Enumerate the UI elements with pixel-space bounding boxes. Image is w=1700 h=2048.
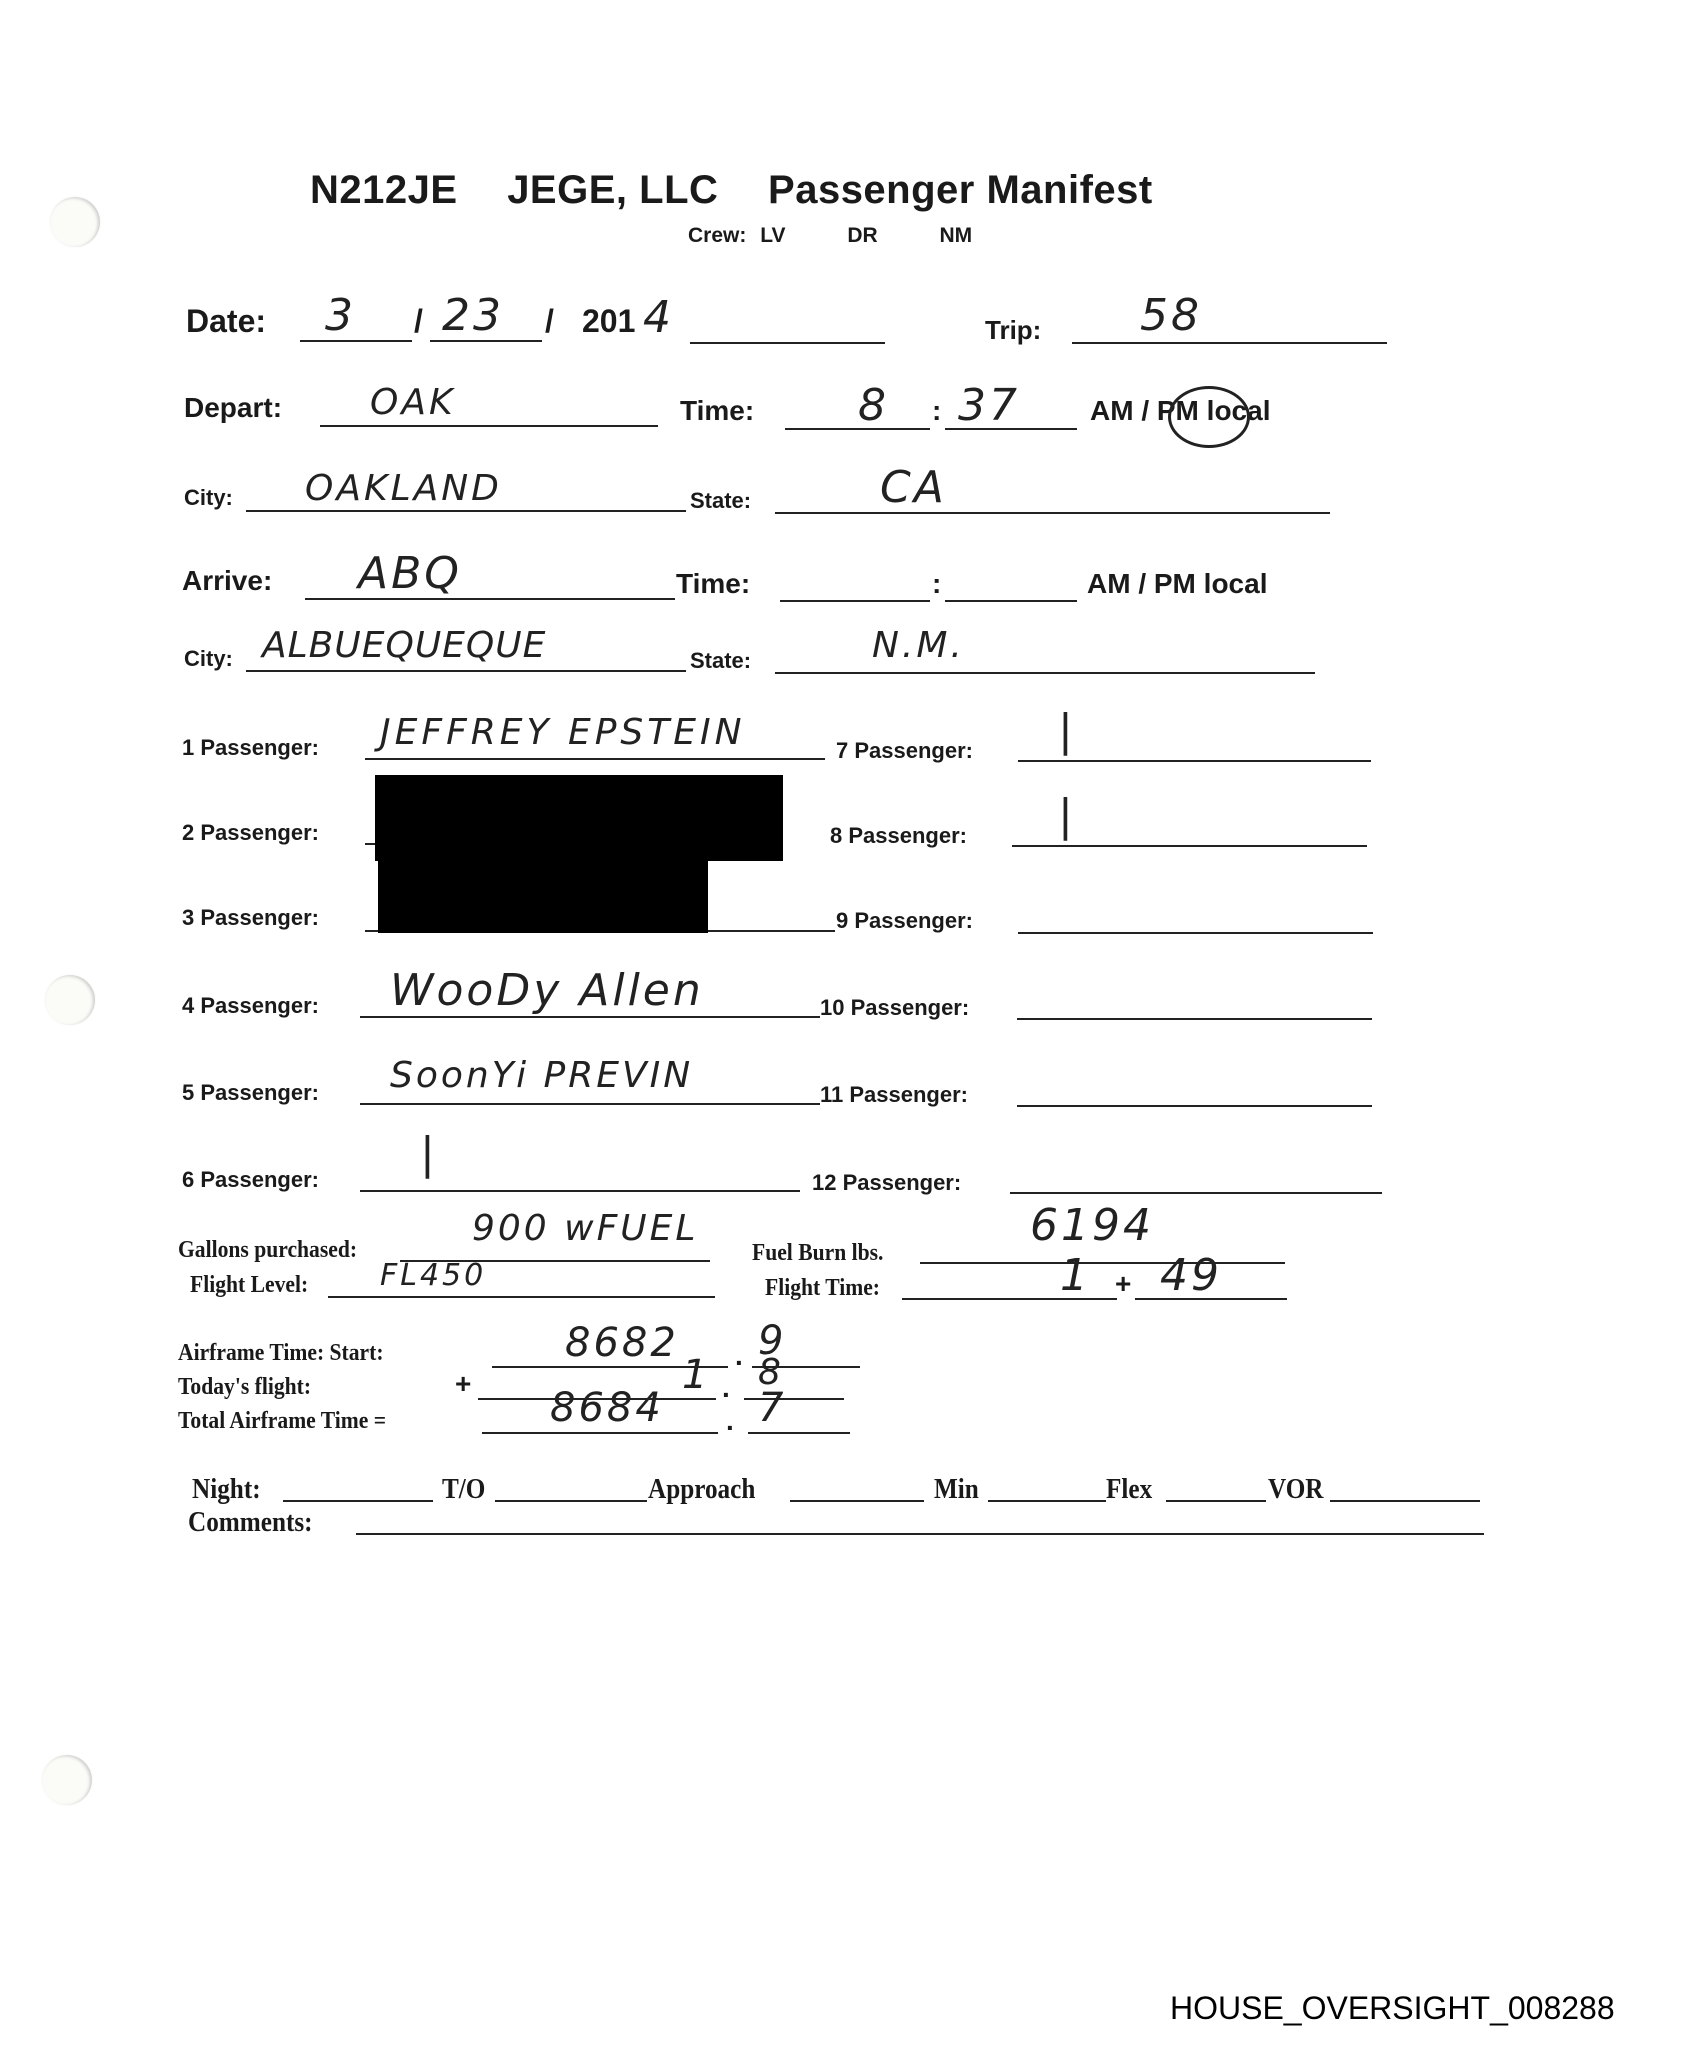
passenger-9-line bbox=[1018, 932, 1373, 934]
hole-punch-bottom bbox=[42, 1755, 92, 1805]
depart-hour[interactable]: 8 bbox=[858, 380, 889, 431]
arrive-city[interactable]: ALBUEQUEQUE bbox=[262, 625, 546, 666]
passenger-2-label: 2 Passenger: bbox=[182, 820, 319, 846]
total-airframe-tenth[interactable]: 7 bbox=[758, 1385, 786, 1431]
trip-label: Trip: bbox=[985, 315, 1041, 346]
company-name: JEGE, LLC bbox=[507, 168, 718, 212]
depart-state[interactable]: CA bbox=[880, 462, 947, 513]
depart-state-label: State: bbox=[690, 488, 751, 514]
depart-line bbox=[320, 425, 658, 427]
redaction-box bbox=[378, 860, 708, 933]
gallons-value[interactable]: 900 wFUEL bbox=[472, 1208, 698, 1249]
passenger-11-label: 11 Passenger: bbox=[820, 1082, 968, 1108]
today-flight-whole[interactable]: 1 bbox=[682, 1352, 710, 1398]
passenger-7-value[interactable]: | bbox=[1058, 705, 1076, 756]
arrive-ampm: AM / PM local bbox=[1087, 568, 1267, 600]
depart-label: Depart: bbox=[184, 392, 282, 424]
airframe-start-label: Airframe Time: Start: bbox=[178, 1340, 384, 1367]
passenger-7-line bbox=[1018, 760, 1371, 762]
flight-time-label: Flight Time: bbox=[765, 1275, 880, 1302]
bates-number: HOUSE_OVERSIGHT_008288 bbox=[1170, 1990, 1615, 2027]
min-label: Min bbox=[934, 1474, 979, 1506]
depart-city[interactable]: OAKLAND bbox=[305, 468, 502, 509]
crew-member: DR bbox=[847, 224, 877, 247]
arrive-city-line bbox=[246, 670, 686, 672]
date-month[interactable]: 3 bbox=[325, 290, 356, 341]
passenger-4-line bbox=[360, 1016, 820, 1018]
passenger-8-line bbox=[1012, 845, 1367, 847]
decimal-point: . bbox=[726, 1405, 734, 1437]
min-line bbox=[988, 1500, 1106, 1502]
flex-line bbox=[1166, 1500, 1266, 1502]
arrive-label: Arrive: bbox=[182, 565, 272, 597]
passenger-10-line bbox=[1017, 1018, 1372, 1020]
date-day[interactable]: 23 bbox=[442, 290, 504, 341]
passenger-9-label: 9 Passenger: bbox=[836, 908, 973, 934]
vor-line bbox=[1330, 1500, 1480, 1502]
today-flight-label: Today's flight: bbox=[178, 1374, 311, 1401]
arrive-time-colon: : bbox=[932, 568, 941, 600]
pm-circled-mark bbox=[1168, 386, 1250, 448]
crew-member: NM bbox=[940, 224, 973, 247]
fuel-burn-line bbox=[920, 1262, 1285, 1264]
passenger-12-label: 12 Passenger: bbox=[812, 1170, 961, 1196]
flex-label: Flex bbox=[1106, 1474, 1152, 1506]
comments-line bbox=[356, 1533, 1484, 1535]
document-title: N212JE JEGE, LLC Passenger Manifest bbox=[310, 168, 1153, 213]
passenger-1-value[interactable]: JEFFREY EPSTEIN bbox=[380, 712, 746, 753]
arrive-state-label: State: bbox=[690, 648, 751, 674]
passenger-4-value[interactable]: WooDy Allen bbox=[390, 965, 704, 1016]
fuel-burn-value[interactable]: 6194 bbox=[1030, 1200, 1154, 1251]
passenger-3-label: 3 Passenger: bbox=[182, 905, 319, 931]
arrive-minute-line bbox=[945, 600, 1077, 602]
arrive-value[interactable]: ABQ bbox=[358, 548, 462, 599]
crew-member: LV bbox=[760, 224, 785, 247]
depart-value[interactable]: OAK bbox=[370, 382, 456, 423]
night-line bbox=[283, 1500, 433, 1502]
arrive-hour-line bbox=[780, 600, 930, 602]
trip-value[interactable]: 58 bbox=[1140, 290, 1202, 341]
depart-state-line bbox=[775, 512, 1330, 514]
date-sep: / bbox=[414, 303, 423, 340]
arrive-state-line bbox=[775, 672, 1315, 674]
date-month-line bbox=[300, 340, 412, 342]
manifest-title: Passenger Manifest bbox=[768, 168, 1153, 212]
passenger-10-label: 10 Passenger: bbox=[820, 995, 969, 1021]
depart-city-line bbox=[246, 510, 686, 512]
date-year-digit[interactable]: 4 bbox=[643, 292, 674, 343]
tail-number: N212JE bbox=[310, 168, 458, 212]
depart-minute[interactable]: 37 bbox=[958, 380, 1020, 431]
gallons-label: Gallons purchased: bbox=[178, 1237, 357, 1264]
date-year-line bbox=[690, 342, 885, 344]
passenger-8-value[interactable]: | bbox=[1058, 790, 1076, 841]
redaction-box bbox=[375, 775, 783, 861]
passenger-5-label: 5 Passenger: bbox=[182, 1080, 319, 1106]
crew-line: Crew: LV DR NM bbox=[688, 224, 1028, 248]
comments-label: Comments: bbox=[188, 1507, 313, 1539]
passenger-12-line bbox=[1010, 1192, 1382, 1194]
total-airframe-whole[interactable]: 8684 bbox=[550, 1385, 664, 1431]
total-tenth-line bbox=[748, 1432, 850, 1434]
decimal-point: . bbox=[735, 1340, 743, 1372]
passenger-8-label: 8 Passenger: bbox=[830, 823, 967, 849]
passenger-6-value[interactable]: | bbox=[420, 1128, 438, 1179]
passenger-1-label: 1 Passenger: bbox=[182, 735, 319, 761]
to-line bbox=[495, 1500, 647, 1502]
flight-level-value[interactable]: FL450 bbox=[380, 1258, 486, 1293]
total-whole-line bbox=[482, 1432, 718, 1434]
depart-time-colon: : bbox=[932, 395, 941, 427]
date-sep: / bbox=[545, 303, 554, 340]
passenger-5-line bbox=[360, 1103, 820, 1105]
night-label: Night: bbox=[192, 1474, 261, 1506]
passenger-4-label: 4 Passenger: bbox=[182, 993, 319, 1019]
decimal-point: . bbox=[722, 1372, 730, 1404]
passenger-6-line bbox=[360, 1190, 800, 1192]
to-label: T/O bbox=[442, 1474, 485, 1506]
crew-label: Crew: bbox=[688, 224, 746, 247]
vor-label: VOR bbox=[1268, 1474, 1324, 1506]
date-label: Date: bbox=[186, 303, 266, 340]
depart-time-label: Time: bbox=[680, 395, 754, 427]
flight-time-plus: + bbox=[1115, 1268, 1131, 1300]
hole-punch-middle bbox=[45, 975, 95, 1025]
arrive-city-label: City: bbox=[184, 646, 233, 672]
depart-city-label: City: bbox=[184, 485, 233, 511]
today-flight-plus: + bbox=[455, 1368, 471, 1400]
flight-time-hours[interactable]: 1 bbox=[1060, 1250, 1091, 1301]
hole-punch-top bbox=[50, 197, 100, 247]
passenger-11-line bbox=[1017, 1105, 1372, 1107]
arrive-state[interactable]: N.M. bbox=[872, 625, 965, 666]
date-year-printed: 201 bbox=[582, 303, 635, 340]
passenger-5-value[interactable]: SoonYi PREVIN bbox=[390, 1055, 693, 1096]
approach-line bbox=[790, 1500, 924, 1502]
passenger-1-line bbox=[365, 758, 825, 760]
arrive-time-label: Time: bbox=[676, 568, 750, 600]
passenger-6-label: 6 Passenger: bbox=[182, 1167, 319, 1193]
flight-level-line bbox=[328, 1296, 715, 1298]
airframe-start-whole[interactable]: 8682 bbox=[565, 1320, 679, 1366]
total-airframe-label: Total Airframe Time = bbox=[178, 1408, 386, 1435]
flight-time-minutes[interactable]: 49 bbox=[1160, 1250, 1222, 1301]
fuel-burn-label: Fuel Burn lbs. bbox=[752, 1240, 883, 1267]
trip-line bbox=[1072, 342, 1387, 344]
flight-level-label: Flight Level: bbox=[190, 1272, 308, 1299]
approach-label: Approach bbox=[648, 1474, 755, 1506]
passenger-7-label: 7 Passenger: bbox=[836, 738, 973, 764]
